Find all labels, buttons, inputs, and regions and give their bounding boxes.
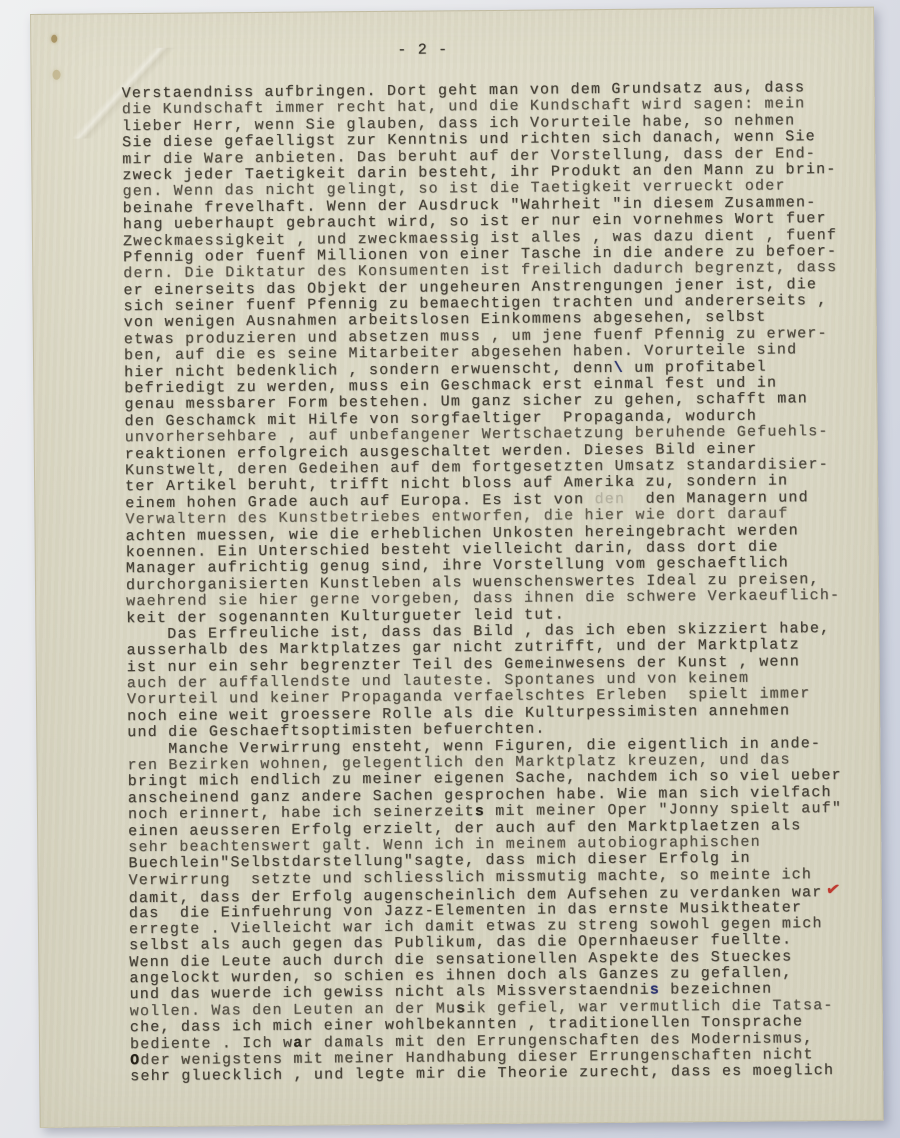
ink-correction: \	[614, 359, 624, 376]
text-line: sehr gluecklich , und legte mir die Theo…	[130, 1063, 878, 1086]
rust-stain	[51, 35, 57, 43]
ink-correction: a	[293, 1034, 303, 1051]
red-checkmark: ✔	[825, 881, 842, 899]
ink-correction: s	[475, 803, 485, 820]
document-page: - 2 - Verstaendniss aufbringen. Dort geh…	[30, 7, 884, 1128]
scan-background: - 2 - Verstaendniss aufbringen. Dort geh…	[0, 0, 900, 1138]
ink-correction: O	[130, 1052, 140, 1069]
page-number: - 2 -	[397, 41, 448, 58]
rust-stain	[52, 70, 60, 80]
text-block: Verstaendniss aufbringen. Dort geht man …	[122, 80, 879, 1086]
ink-correction: s	[456, 1000, 466, 1017]
ink-correction: den	[594, 491, 625, 508]
ink-correction: s	[650, 982, 660, 999]
